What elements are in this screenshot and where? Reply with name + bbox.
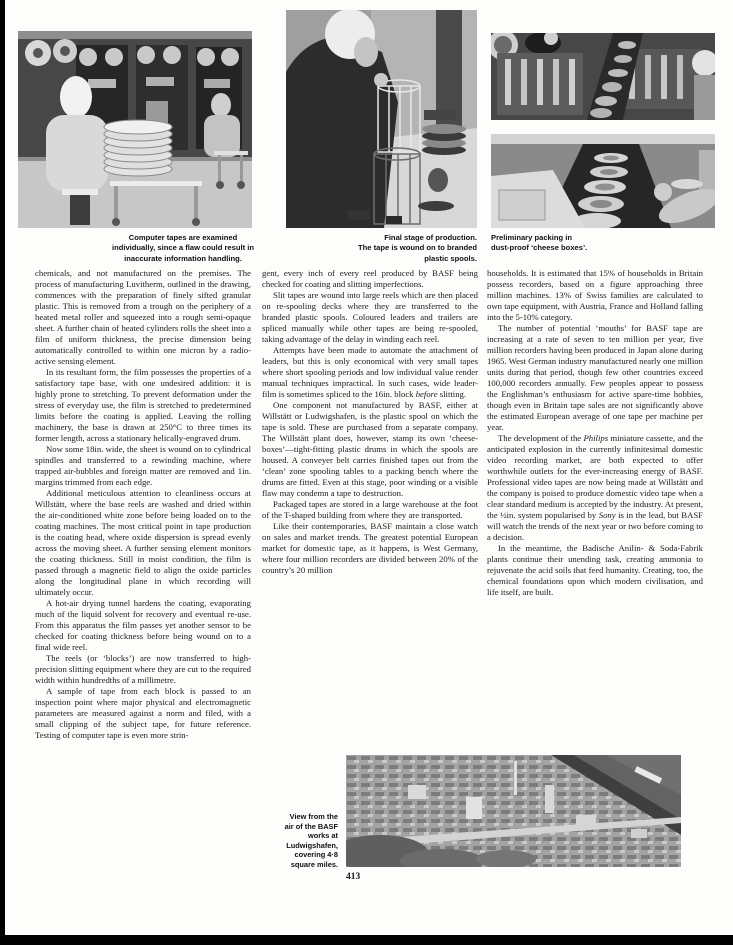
caption-photo2: Final stage of production.The tape is wo… [290, 233, 477, 264]
paragraph: In the meantime, the Badische Anilin- & … [487, 543, 703, 598]
photo-aerial-basf-works [346, 755, 681, 867]
caption-line: Final stage of production. [290, 233, 477, 243]
paragraph: Like their contemporaries, BASF maintain… [262, 521, 478, 576]
body-text: Packaged tapes are stored in a large war… [262, 499, 478, 520]
paragraph: households. It is estimated that 15% of … [487, 268, 703, 323]
body-text: households. It is estimated that 15% of … [487, 268, 703, 322]
body-text: The reels (or ‘blocks’) are now transfer… [35, 653, 251, 685]
caption-line: plastic spools. [290, 254, 477, 264]
italic-text: Philips [583, 433, 608, 443]
body-text: One component not manufactured by BASF, … [262, 400, 478, 498]
article-column-3: households. It is estimated that 15% of … [487, 268, 703, 598]
paragraph: The number of potential ‘mouths’ for BAS… [487, 323, 703, 433]
scan-edge-bottom [0, 935, 733, 945]
body-text: gent, every inch of every reel produced … [262, 268, 478, 289]
caption-line: dust-proof ‘cheese boxes’. [491, 243, 661, 253]
italic-text: before [416, 389, 438, 399]
photo-packing-machinery [491, 33, 715, 120]
caption-line: works at [252, 831, 338, 841]
caption-line: Computer tapes are examined [85, 233, 281, 243]
caption-photo3: Preliminary packing indust-proof ‘cheese… [491, 233, 661, 254]
paragraph: Now some 18in. wide, the sheet is wound … [35, 444, 251, 488]
photo-computer-tape-examination [18, 31, 252, 228]
body-text: The development of the [498, 433, 583, 443]
body-text: A sample of tape from each block is pass… [35, 686, 251, 740]
paragraph: The reels (or ‘blocks’) are now transfer… [35, 653, 251, 686]
photo1-illustration [18, 31, 252, 228]
caption-line: air of the BASF [252, 822, 338, 832]
photo-conveyor-cheese-boxes [491, 134, 715, 228]
body-text: A hot-air drying tunnel hardens the coat… [35, 598, 251, 652]
caption-line: Ludwigshafen, [252, 841, 338, 851]
article-column-1: chemicals, and not manufactured on the p… [35, 268, 251, 741]
body-text: slitting. [438, 389, 466, 399]
paragraph: A sample of tape from each block is pass… [35, 686, 251, 741]
paragraph: Packaged tapes are stored in a large war… [262, 499, 478, 521]
body-text: In its resultant form, the film possesse… [35, 367, 251, 443]
paragraph: Slit tapes are wound into large reels wh… [262, 290, 478, 345]
paragraph: One component not manufactured by BASF, … [262, 400, 478, 499]
magazine-page: Computer tapes are examinedindividually,… [0, 0, 733, 945]
body-text: Additional meticulous attention to clean… [35, 488, 251, 597]
photo2-illustration [286, 10, 477, 228]
aerial-illustration [346, 755, 681, 867]
caption-aerial-photo: View from theair of the BASFworks atLudw… [252, 812, 338, 870]
caption-line: covering 4·8 [252, 850, 338, 860]
body-text: Slit tapes are wound into large reels wh… [262, 290, 478, 344]
photo3b-illustration [491, 134, 715, 228]
body-text: Like their contemporaries, BASF maintain… [262, 521, 478, 575]
caption-line: square miles. [252, 860, 338, 870]
body-text: The number of potential ‘mouths’ for BAS… [487, 323, 703, 432]
paragraph: Additional meticulous attention to clean… [35, 488, 251, 598]
caption-line: inaccurate information handling. [85, 254, 281, 264]
photo-final-stage-spooling [286, 10, 477, 228]
caption-line: Preliminary packing in [491, 233, 661, 243]
caption-line: individually, since a flaw could result … [85, 243, 281, 253]
body-text: Now some 18in. wide, the sheet is wound … [35, 444, 251, 487]
page-number: 413 [346, 872, 360, 882]
caption-line: View from the [252, 812, 338, 822]
body-text: chemicals, and not manufactured on the p… [35, 268, 251, 366]
photo3a-illustration [491, 33, 715, 120]
paragraph: chemicals, and not manufactured on the p… [35, 268, 251, 367]
paragraph: gent, every inch of every reel produced … [262, 268, 478, 290]
body-text: In the meantime, the Badische Anilin- & … [487, 543, 703, 597]
paragraph: The development of the Philips miniature… [487, 433, 703, 543]
body-text: miniature cassette, and the anticipated … [487, 433, 703, 520]
paragraph: In its resultant form, the film possesse… [35, 367, 251, 444]
article-column-2: gent, every inch of every reel produced … [262, 268, 478, 576]
caption-photo1: Computer tapes are examinedindividually,… [85, 233, 281, 264]
paragraph: A hot-air drying tunnel hardens the coat… [35, 598, 251, 653]
paragraph: Attempts have been made to automate the … [262, 345, 478, 400]
italic-text: Sony [599, 510, 616, 520]
scan-edge-left [0, 0, 5, 945]
caption-line: The tape is wound on to branded [290, 243, 477, 253]
